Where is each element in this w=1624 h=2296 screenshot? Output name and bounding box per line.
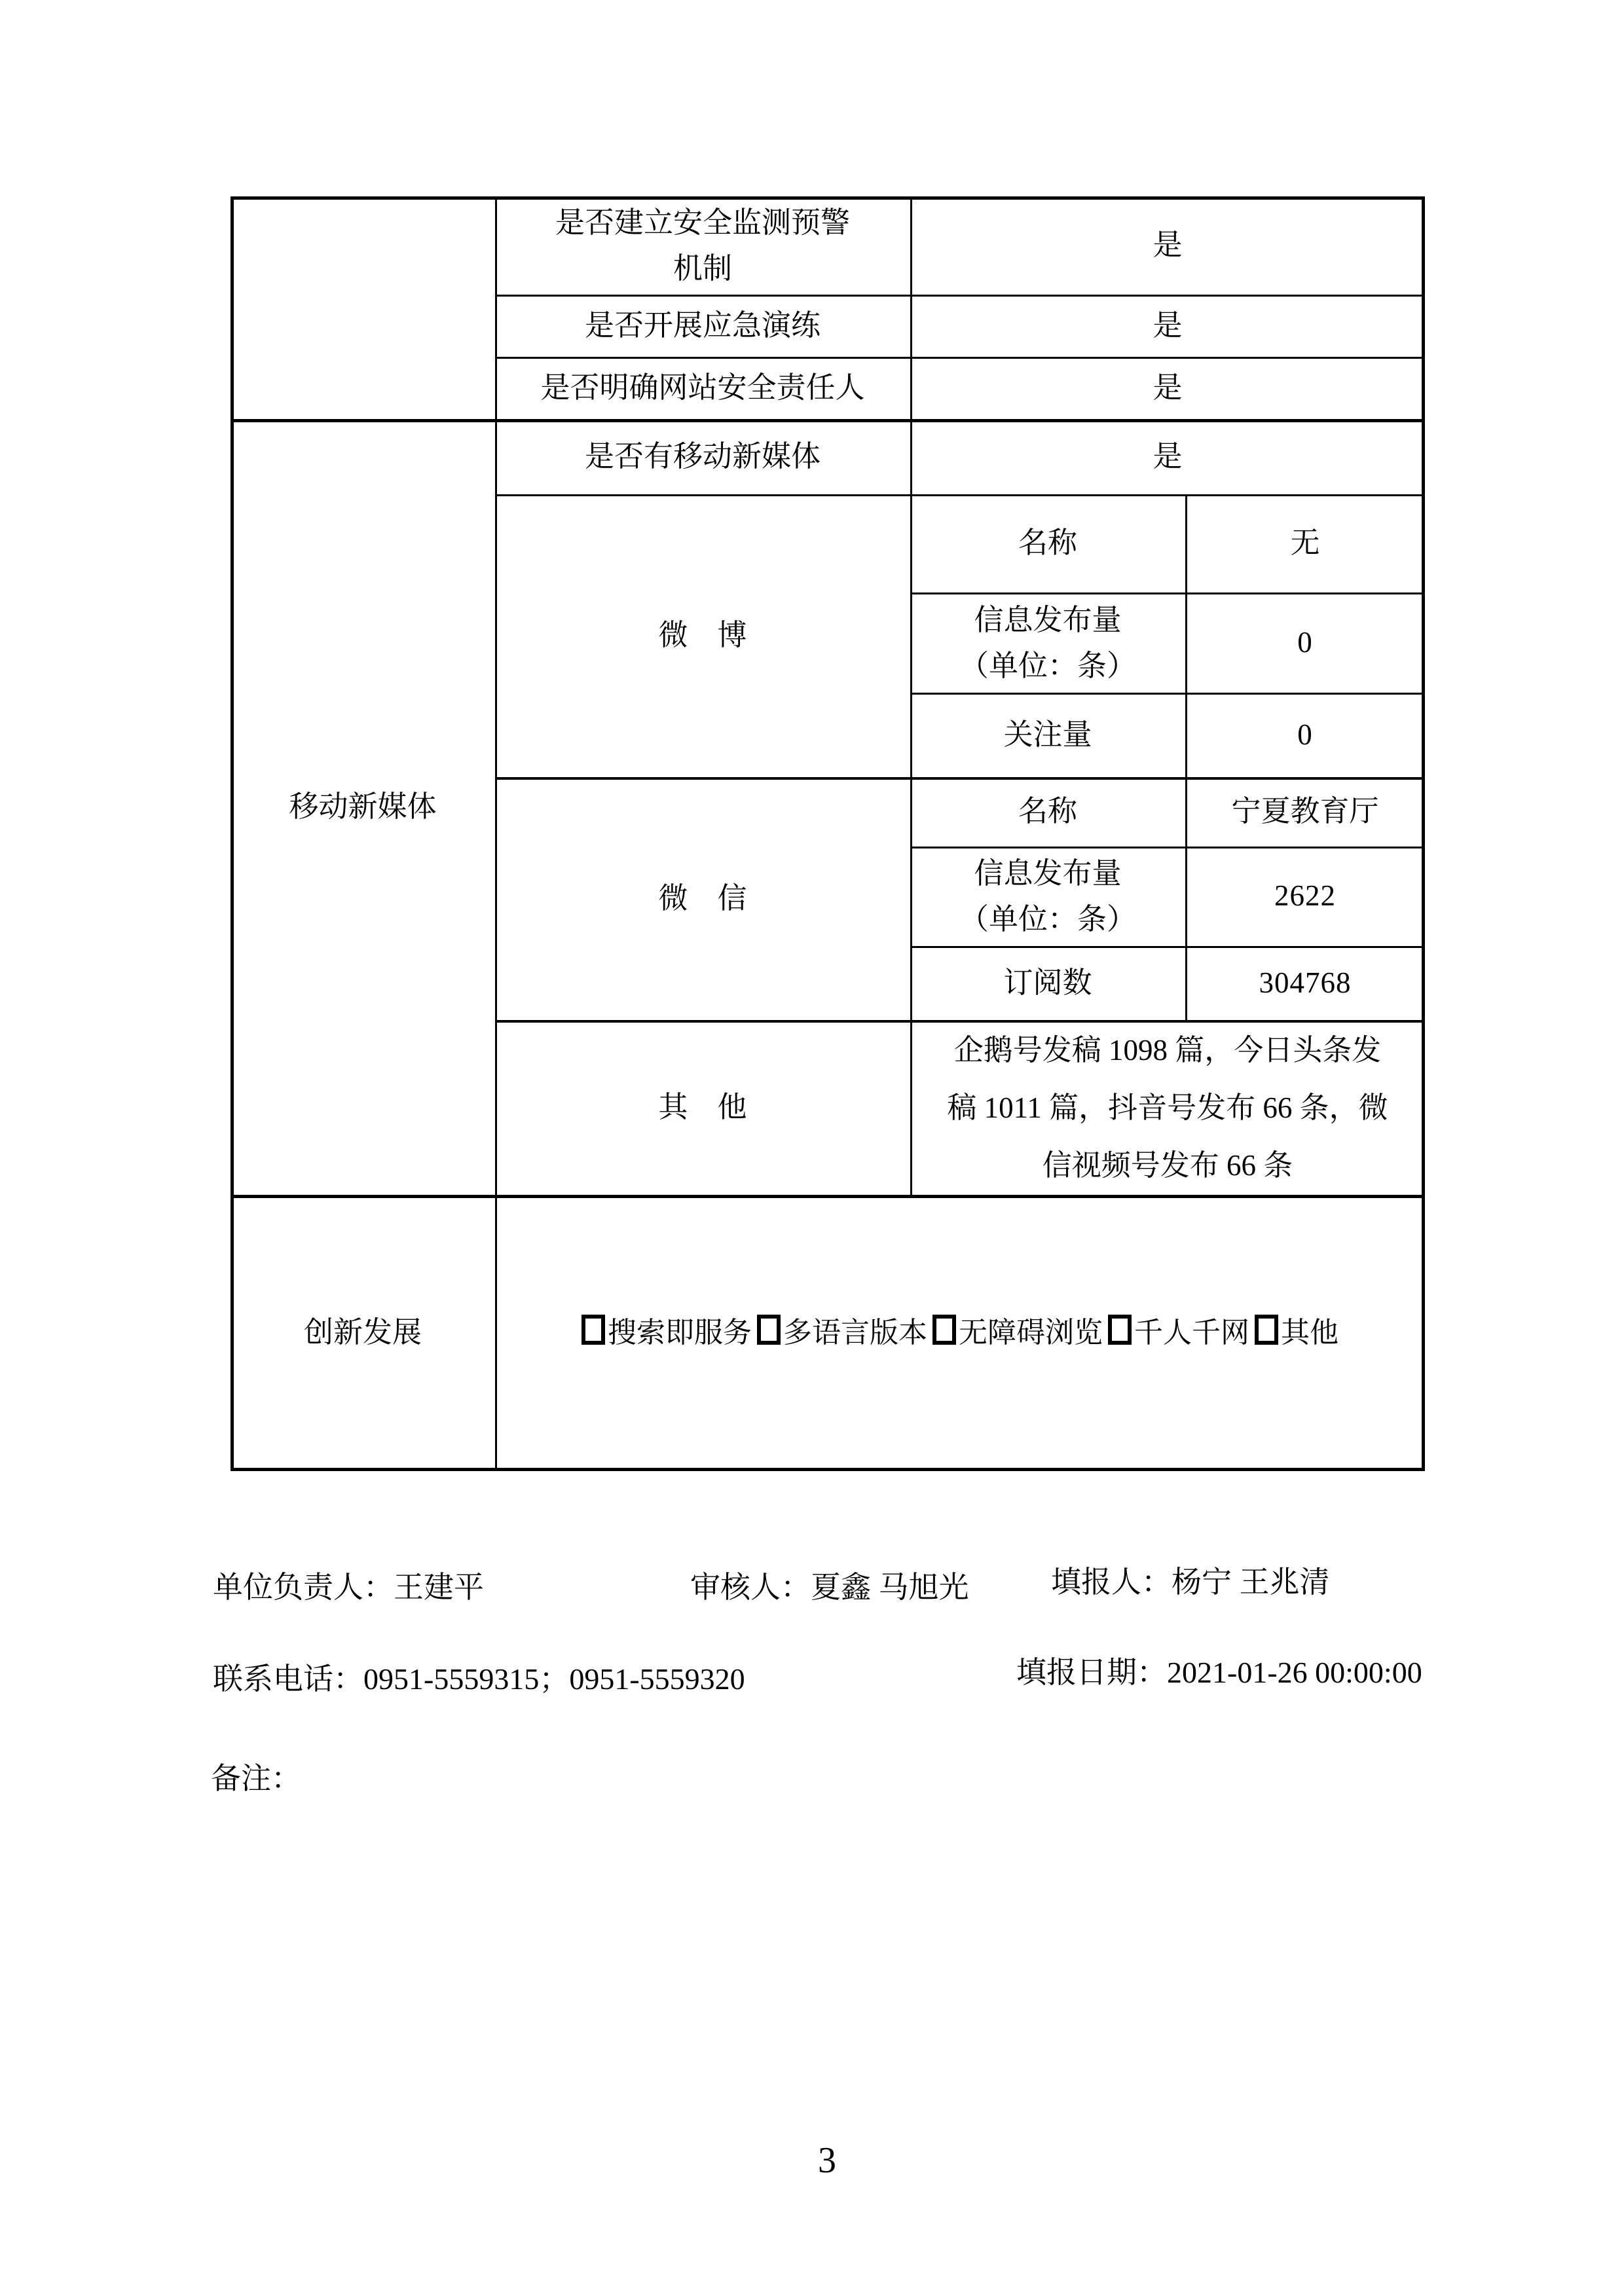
- report-page: 是否建立安全监测预警 机制 是 是否开展应急演练 是 是否明确网站安全责任人 是…: [0, 0, 1624, 2296]
- footer-unit-manager: 单位负责人：王建平: [213, 1563, 484, 1607]
- checkbox-icon: [1255, 1315, 1278, 1345]
- checkbox-icon: [932, 1315, 956, 1345]
- wechat-name-value: 宁夏教育厅: [1185, 777, 1425, 847]
- row-group-wechat: 微 信: [495, 777, 910, 1020]
- checkbox-icon: [581, 1315, 605, 1345]
- weibo-name-label: 名称: [910, 494, 1185, 592]
- wechat-posts-label-line2: （单位：条）: [959, 896, 1136, 942]
- weibo-name-value: 无: [1185, 494, 1425, 592]
- section-label-innovation: 创新发展: [231, 1195, 495, 1471]
- weibo-posts-label: 信息发布量 （单位：条）: [910, 592, 1185, 693]
- wechat-posts-label-line1: 信息发布量: [974, 850, 1121, 896]
- question-security-officer: 是否明确网站安全责任人: [495, 357, 910, 419]
- innovation-option-label: 多语言版本: [783, 1317, 927, 1349]
- innovation-option-label: 搜索即服务: [608, 1317, 752, 1349]
- innovation-options-line: 搜索即服务多语言版本无障碍浏览千人千网其他: [581, 1311, 1338, 1355]
- footer-fill-date: 填报日期：2021-01-26 00:00:00: [1016, 1649, 1422, 1692]
- wechat-name-label: 名称: [910, 777, 1185, 847]
- question-monitor-warning: 是否建立安全监测预警 机制: [495, 196, 910, 295]
- innovation-options-cell: 搜索即服务多语言版本无障碍浏览千人千网其他: [495, 1195, 1425, 1471]
- section-cell-empty: [231, 196, 495, 419]
- weibo-posts-value: 0: [1185, 592, 1425, 693]
- answer-has-mobile-media: 是: [910, 419, 1425, 494]
- section-label-mobile-media: 移动新媒体: [231, 419, 495, 1195]
- row-group-other: 其 他: [495, 1020, 910, 1195]
- other-media-value: 企鹅号发稿 1098 篇，今日头条发稿 1011 篇，抖音号发布 66 条，微信…: [910, 1020, 1425, 1195]
- checkbox-icon: [757, 1315, 781, 1345]
- question-monitor-warning-line1: 是否建立安全监测预警: [555, 200, 850, 246]
- page-number: 3: [0, 2140, 1624, 2181]
- weibo-posts-label-line1: 信息发布量: [974, 597, 1121, 643]
- wechat-subs-label: 订阅数: [910, 946, 1185, 1020]
- question-emergency-drill: 是否开展应急演练: [495, 295, 910, 357]
- checkbox-icon: [1108, 1315, 1132, 1345]
- answer-security-officer: 是: [910, 357, 1425, 419]
- footer-remark: 备注：: [211, 1755, 301, 1798]
- answer-monitor-warning: 是: [910, 196, 1425, 295]
- answer-emergency-drill: 是: [910, 295, 1425, 357]
- wechat-posts-value: 2622: [1185, 847, 1425, 946]
- wechat-posts-label: 信息发布量 （单位：条）: [910, 847, 1185, 946]
- footer-filler: 填报人：杨宁 王兆清: [1051, 1558, 1330, 1601]
- footer-reviewer: 审核人：夏鑫 马旭光: [690, 1563, 969, 1607]
- question-has-mobile-media: 是否有移动新媒体: [495, 419, 910, 494]
- wechat-subs-value: 304768: [1185, 946, 1425, 1020]
- innovation-option-label: 千人千网: [1134, 1317, 1249, 1349]
- weibo-followers-value: 0: [1185, 693, 1425, 777]
- innovation-option-label: 无障碍浏览: [959, 1317, 1103, 1349]
- footer-contact-phone: 联系电话：0951-5559315；0951-5559320: [213, 1655, 745, 1698]
- weibo-posts-label-line2: （单位：条）: [959, 643, 1136, 689]
- weibo-followers-label: 关注量: [910, 693, 1185, 777]
- innovation-option-label: 其他: [1281, 1317, 1338, 1349]
- question-monitor-warning-line2: 机制: [673, 246, 732, 291]
- row-group-weibo: 微 博: [495, 494, 910, 777]
